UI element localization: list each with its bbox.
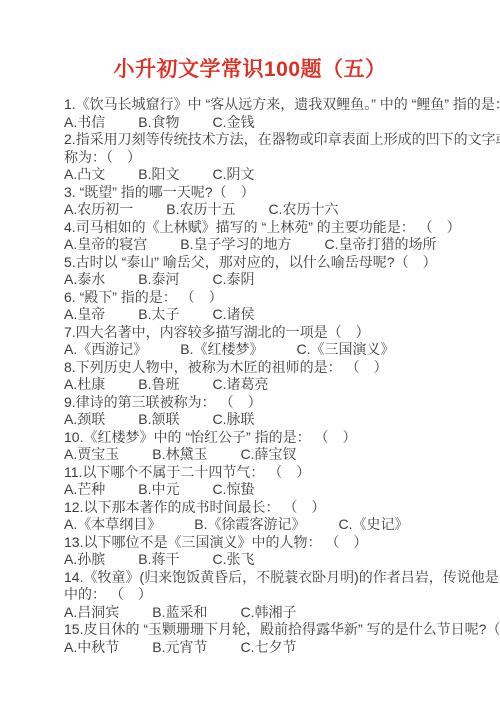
option-item: A.《西游记》 — [64, 341, 147, 359]
question-options: A.杜康B.鲁班C.诸葛亮 — [64, 376, 482, 394]
question-stem: 1.《饮马长城窟行》中 “客从远方来，遗我双鲤鱼。” 中的 “鲤鱼” 指的是： … — [64, 96, 482, 114]
question-options: A.贾宝玉B.林黛玉C.薛宝钗 — [64, 446, 482, 464]
option-item: B.农历十五 — [166, 201, 235, 219]
option-item: C.金钱 — [212, 114, 254, 132]
option-item: B.林黛玉 — [152, 446, 207, 464]
question-stem: 14.《牧童》(归来饱饭黄昏后，不脱蓑衣卧月明)的作者吕岩，传说他是 “八仙” — [64, 569, 482, 587]
question-options: A.《西游记》B.《红楼梦》C.《三国演义》 — [64, 341, 482, 359]
question-block: 7.四大名著中，内容较多描写湖北的一项是（ ） A.《西游记》B.《红楼梦》C.… — [64, 324, 482, 359]
option-item: B.《徐霞客游记》 — [194, 516, 305, 534]
option-item: C.薛宝钗 — [240, 446, 296, 464]
question-stem: 12.以下那本著作的成书时间最长： （ ） — [64, 499, 482, 517]
option-item: A.凸文 — [64, 166, 105, 184]
question-stem: 2.指采用刀刻等传统技术方法，在器物或印章表面上形成的凹下的文字或图案被 — [64, 131, 482, 149]
question-stem-continued: 中的： （ ） — [64, 586, 482, 604]
option-item: A.吕洞宾 — [64, 604, 119, 622]
question-stem: 6. “殿下” 指的是： （ ） — [64, 289, 482, 307]
question-stem: 8.下列历史人物中，被称为木匠的祖师的是： （ ） — [64, 359, 482, 377]
question-options: A.孙膑B.蒋干C.张飞 — [64, 551, 482, 569]
question-options: A.皇帝B.太子C.诸侯 — [64, 306, 482, 324]
option-item: A.颈联 — [64, 411, 105, 429]
option-item: A.杜康 — [64, 376, 105, 394]
option-item: B.皇子学习的地方 — [180, 236, 291, 254]
question-options: A.吕洞宾B.蓝采和C.韩湘子 — [64, 604, 482, 622]
question-block: 11.以下哪个不属于二十四节气： （ ） A.芒种B.中元C.惊蛰 — [64, 464, 482, 499]
question-options: A.凸文B.阳文C.阴文 — [64, 166, 482, 184]
question-stem: 7.四大名著中，内容较多描写湖北的一项是（ ） — [64, 324, 482, 342]
question-options: A.书信B.食物C.金钱 — [64, 114, 482, 132]
option-item: C.诸侯 — [212, 306, 254, 324]
option-item: B.阳文 — [138, 166, 179, 184]
option-item: C.张飞 — [212, 551, 254, 569]
question-stem: 3. “既望” 指的哪一天呢?（ ） — [64, 184, 482, 202]
option-item: B.颔联 — [138, 411, 179, 429]
option-item: A.农历初一 — [64, 201, 133, 219]
question-block: 10.《红楼梦》中的 “怡红公子” 指的是： （ ） A.贾宝玉B.林黛玉C.薛… — [64, 429, 482, 464]
option-item: C.皇帝打猎的场所 — [324, 236, 436, 254]
option-item: A.中秋节 — [64, 639, 119, 657]
option-item: B.蒋干 — [138, 551, 179, 569]
question-options: A.颈联B.颔联C.脉联 — [64, 411, 482, 429]
option-item: C.《三国演义》 — [296, 341, 394, 359]
question-block: 6. “殿下” 指的是： （ ） A.皇帝B.太子C.诸侯 — [64, 289, 482, 324]
question-stem: 10.《红楼梦》中的 “怡红公子” 指的是： （ ） — [64, 429, 482, 447]
question-stem: 11.以下哪个不属于二十四节气： （ ） — [64, 464, 482, 482]
option-item: A.皇帝 — [64, 306, 105, 324]
question-stem: 13.以下哪位不是《三国演义》中的人物： （ ） — [64, 534, 482, 552]
option-item: B.泰河 — [138, 271, 179, 289]
option-item: C.泰阴 — [212, 271, 254, 289]
option-item: C.农历十六 — [268, 201, 338, 219]
question-list: 1.《饮马长城窟行》中 “客从远方来，遗我双鲤鱼。” 中的 “鲤鱼” 指的是： … — [64, 96, 482, 656]
question-stem: 9.律诗的第三联被称为： （ ） — [64, 394, 482, 412]
document-page: 小升初文学常识100题（五） 1.《饮马长城窟行》中 “客从远方来，遗我双鲤鱼。… — [0, 0, 500, 707]
option-item: A.孙膑 — [64, 551, 105, 569]
question-block: 14.《牧童》(归来饱饭黄昏后，不脱蓑衣卧月明)的作者吕岩，传说他是 “八仙” … — [64, 569, 482, 622]
question-options: A.中秋节B.元宵节C.七夕节 — [64, 639, 482, 657]
option-item: C.七夕节 — [240, 639, 296, 657]
option-item: B.太子 — [138, 306, 179, 324]
option-item: C.脉联 — [212, 411, 254, 429]
question-block: 8.下列历史人物中，被称为木匠的祖师的是： （ ） A.杜康B.鲁班C.诸葛亮 — [64, 359, 482, 394]
question-options: A.泰水B.泰河C.泰阴 — [64, 271, 482, 289]
option-item: A.贾宝玉 — [64, 446, 119, 464]
option-item: B.蓝采和 — [152, 604, 207, 622]
question-block: 1.《饮马长城窟行》中 “客从远方来，遗我双鲤鱼。” 中的 “鲤鱼” 指的是： … — [64, 96, 482, 131]
option-item: B.元宵节 — [152, 639, 207, 657]
option-item: A.泰水 — [64, 271, 105, 289]
question-block: 3. “既望” 指的哪一天呢?（ ） A.农历初一B.农历十五C.农历十六 — [64, 184, 482, 219]
question-options: A.农历初一B.农历十五C.农历十六 — [64, 201, 482, 219]
question-block: 9.律诗的第三联被称为： （ ） A.颈联B.颔联C.脉联 — [64, 394, 482, 429]
question-options: A.《本草纲目》B.《徐霞客游记》C.《史记》 — [64, 516, 482, 534]
question-block: 15.皮日休的 “玉颗珊珊下月轮，殿前拾得露华新” 写的是什么节日呢?（ ） A… — [64, 621, 482, 656]
question-stem-continued: 称为：（ ） — [64, 149, 482, 167]
option-item: C.诸葛亮 — [212, 376, 268, 394]
option-item: C.惊蛰 — [212, 481, 254, 499]
question-options: A.皇帝的寝宫B.皇子学习的地方C.皇帝打猎的场所 — [64, 236, 482, 254]
option-item: C.韩湘子 — [240, 604, 296, 622]
option-item: A.书信 — [64, 114, 105, 132]
option-item: B.食物 — [138, 114, 179, 132]
question-block: 5.古时以 “泰山” 喻岳父，那对应的，以什么喻岳母呢?（ ） A.泰水B.泰河… — [64, 254, 482, 289]
page-title: 小升初文学常识100题（五） — [0, 0, 500, 83]
question-options: A.芒种B.中元C.惊蛰 — [64, 481, 482, 499]
option-item: A.皇帝的寝宫 — [64, 236, 147, 254]
option-item: B.中元 — [138, 481, 179, 499]
question-block: 2.指采用刀刻等传统技术方法，在器物或印章表面上形成的凹下的文字或图案被 称为：… — [64, 131, 482, 184]
question-stem: 15.皮日休的 “玉颗珊珊下月轮，殿前拾得露华新” 写的是什么节日呢?（ ） — [64, 621, 482, 639]
option-item: B.鲁班 — [138, 376, 179, 394]
option-item: A.芒种 — [64, 481, 105, 499]
option-item: C.阴文 — [212, 166, 254, 184]
option-item: C.《史记》 — [338, 516, 408, 534]
question-stem: 4.司马相如的《上林赋》描写的 “上林苑” 的主要功能是： （ ） — [64, 219, 482, 237]
question-block: 13.以下哪位不是《三国演义》中的人物： （ ） A.孙膑B.蒋干C.张飞 — [64, 534, 482, 569]
question-stem: 5.古时以 “泰山” 喻岳父，那对应的，以什么喻岳母呢?（ ） — [64, 254, 482, 272]
question-block: 12.以下那本著作的成书时间最长： （ ） A.《本草纲目》B.《徐霞客游记》C… — [64, 499, 482, 534]
option-item: A.《本草纲目》 — [64, 516, 161, 534]
question-block: 4.司马相如的《上林赋》描写的 “上林苑” 的主要功能是： （ ） A.皇帝的寝… — [64, 219, 482, 254]
option-item: B.《红楼梦》 — [180, 341, 263, 359]
